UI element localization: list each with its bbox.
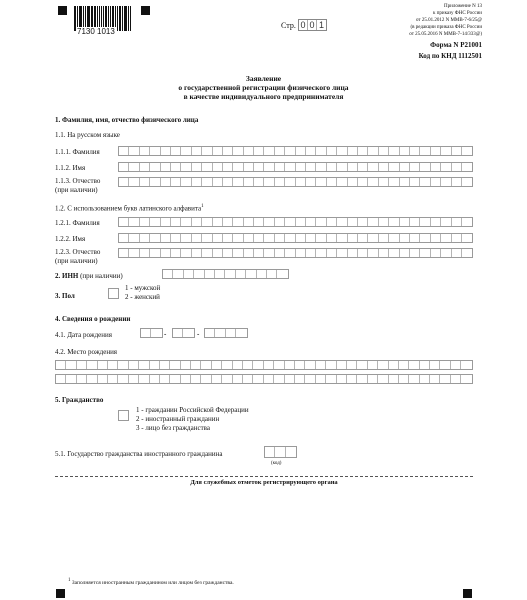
char-cell[interactable] [141, 329, 151, 337]
char-cell[interactable] [306, 218, 316, 226]
char-cell[interactable] [254, 249, 264, 257]
char-cell[interactable] [277, 270, 287, 278]
char-cell[interactable] [202, 163, 212, 171]
char-cell[interactable] [358, 249, 368, 257]
char-cell[interactable] [118, 375, 128, 383]
char-cell[interactable] [233, 178, 243, 186]
char-cell[interactable] [140, 178, 150, 186]
char-cell[interactable] [118, 361, 128, 369]
char-cell[interactable] [389, 234, 399, 242]
patronymic-lat-field[interactable] [118, 248, 473, 258]
char-cell[interactable] [358, 178, 368, 186]
char-cell[interactable] [253, 361, 263, 369]
char-cell[interactable] [285, 147, 295, 155]
char-cell[interactable] [246, 270, 256, 278]
char-cell[interactable] [244, 249, 254, 257]
char-cell[interactable] [129, 249, 139, 257]
char-cell[interactable] [357, 375, 367, 383]
char-cell[interactable] [66, 361, 76, 369]
char-cell[interactable] [410, 234, 420, 242]
char-cell[interactable] [181, 375, 191, 383]
char-cell[interactable] [264, 361, 274, 369]
char-cell[interactable] [181, 234, 191, 242]
char-cell[interactable] [170, 361, 180, 369]
char-cell[interactable] [306, 163, 316, 171]
char-cell[interactable] [129, 218, 139, 226]
char-cell[interactable] [368, 163, 378, 171]
char-cell[interactable] [368, 178, 378, 186]
char-cell[interactable] [461, 361, 471, 369]
char-cell[interactable] [431, 249, 441, 257]
char-cell[interactable] [326, 361, 336, 369]
char-cell[interactable] [129, 178, 139, 186]
char-cell[interactable] [119, 163, 129, 171]
char-cell[interactable] [173, 329, 183, 337]
char-cell[interactable] [215, 329, 225, 337]
char-cell[interactable] [140, 147, 150, 155]
char-cell[interactable] [181, 361, 191, 369]
char-cell[interactable] [161, 249, 171, 257]
char-cell[interactable] [368, 249, 378, 257]
char-cell[interactable] [171, 147, 181, 155]
char-cell[interactable] [264, 249, 274, 257]
char-cell[interactable] [305, 361, 315, 369]
char-cell[interactable] [150, 218, 160, 226]
char-cell[interactable] [389, 147, 399, 155]
char-cell[interactable] [348, 218, 358, 226]
char-cell[interactable] [400, 249, 410, 257]
char-cell[interactable] [119, 234, 129, 242]
char-cell[interactable] [150, 147, 160, 155]
char-cell[interactable] [274, 361, 284, 369]
char-cell[interactable] [215, 270, 225, 278]
char-cell[interactable] [440, 375, 450, 383]
char-cell[interactable] [264, 218, 274, 226]
char-cell[interactable] [212, 375, 222, 383]
char-cell[interactable] [379, 163, 389, 171]
char-cell[interactable] [244, 178, 254, 186]
char-cell[interactable] [213, 249, 223, 257]
char-cell[interactable] [316, 249, 326, 257]
char-cell[interactable] [337, 361, 347, 369]
char-cell[interactable] [267, 270, 277, 278]
char-cell[interactable] [347, 361, 357, 369]
char-cell[interactable] [305, 375, 315, 383]
char-cell[interactable] [368, 234, 378, 242]
char-cell[interactable] [205, 329, 215, 337]
char-cell[interactable] [140, 234, 150, 242]
char-cell[interactable] [150, 361, 160, 369]
char-cell[interactable] [452, 147, 462, 155]
char-cell[interactable] [253, 375, 263, 383]
char-cell[interactable] [410, 178, 420, 186]
char-cell[interactable] [265, 447, 275, 457]
char-cell[interactable] [108, 375, 118, 383]
char-cell[interactable] [316, 234, 326, 242]
char-cell[interactable] [233, 375, 243, 383]
char-cell[interactable] [409, 375, 419, 383]
char-cell[interactable] [295, 375, 305, 383]
char-cell[interactable] [389, 375, 399, 383]
char-cell[interactable] [233, 249, 243, 257]
char-cell[interactable] [462, 178, 472, 186]
char-cell[interactable] [233, 147, 243, 155]
char-cell[interactable] [202, 178, 212, 186]
char-cell[interactable] [285, 178, 295, 186]
char-cell[interactable] [348, 249, 358, 257]
char-cell[interactable] [327, 163, 337, 171]
char-cell[interactable] [98, 375, 108, 383]
char-cell[interactable] [129, 361, 139, 369]
char-cell[interactable] [223, 234, 233, 242]
gender-checkbox[interactable] [108, 288, 119, 299]
char-cell[interactable] [296, 234, 306, 242]
char-cell[interactable] [296, 147, 306, 155]
char-cell[interactable] [161, 178, 171, 186]
char-cell[interactable] [205, 270, 215, 278]
char-cell[interactable] [337, 147, 347, 155]
char-cell[interactable] [441, 163, 451, 171]
char-cell[interactable] [295, 361, 305, 369]
char-cell[interactable] [389, 178, 399, 186]
char-cell[interactable] [274, 375, 284, 383]
char-cell[interactable] [181, 249, 191, 257]
char-cell[interactable] [222, 375, 232, 383]
char-cell[interactable] [257, 270, 267, 278]
char-cell[interactable] [337, 249, 347, 257]
char-cell[interactable] [379, 147, 389, 155]
char-cell[interactable] [452, 249, 462, 257]
char-cell[interactable] [431, 163, 441, 171]
char-cell[interactable] [378, 361, 388, 369]
char-cell[interactable] [212, 361, 222, 369]
char-cell[interactable] [171, 163, 181, 171]
char-cell[interactable] [129, 147, 139, 155]
char-cell[interactable] [192, 147, 202, 155]
char-cell[interactable] [296, 163, 306, 171]
char-cell[interactable] [368, 375, 378, 383]
char-cell[interactable] [285, 249, 295, 257]
char-cell[interactable] [181, 178, 191, 186]
char-cell[interactable] [452, 218, 462, 226]
char-cell[interactable] [327, 234, 337, 242]
char-cell[interactable] [244, 163, 254, 171]
char-cell[interactable] [181, 163, 191, 171]
char-cell[interactable] [173, 270, 183, 278]
char-cell[interactable] [431, 218, 441, 226]
char-cell[interactable] [129, 163, 139, 171]
char-cell[interactable] [223, 249, 233, 257]
char-cell[interactable] [400, 218, 410, 226]
char-cell[interactable] [452, 163, 462, 171]
char-cell[interactable] [441, 147, 451, 155]
char-cell[interactable] [151, 329, 161, 337]
char-cell[interactable] [462, 249, 472, 257]
char-cell[interactable] [129, 234, 139, 242]
char-cell[interactable] [327, 218, 337, 226]
first-name-ru-field[interactable] [118, 162, 473, 172]
char-cell[interactable] [389, 163, 399, 171]
char-cell[interactable] [202, 249, 212, 257]
char-cell[interactable] [420, 361, 430, 369]
char-cell[interactable] [420, 147, 430, 155]
char-cell[interactable] [77, 361, 87, 369]
char-cell[interactable] [171, 218, 181, 226]
citizenship-checkbox[interactable] [118, 410, 129, 421]
char-cell[interactable] [337, 163, 347, 171]
char-cell[interactable] [410, 218, 420, 226]
char-cell[interactable] [87, 375, 97, 383]
char-cell[interactable] [431, 178, 441, 186]
char-cell[interactable] [202, 218, 212, 226]
char-cell[interactable] [225, 270, 235, 278]
char-cell[interactable] [254, 178, 264, 186]
char-cell[interactable] [213, 147, 223, 155]
char-cell[interactable] [160, 375, 170, 383]
patronymic-ru-field[interactable] [118, 177, 473, 187]
char-cell[interactable] [440, 361, 450, 369]
char-cell[interactable] [285, 361, 295, 369]
char-cell[interactable] [244, 147, 254, 155]
char-cell[interactable] [233, 163, 243, 171]
birth-year-field[interactable] [204, 328, 248, 338]
char-cell[interactable] [244, 218, 254, 226]
char-cell[interactable] [275, 218, 285, 226]
char-cell[interactable] [140, 218, 150, 226]
char-cell[interactable] [275, 249, 285, 257]
char-cell[interactable] [226, 329, 236, 337]
char-cell[interactable] [264, 178, 274, 186]
char-cell[interactable] [410, 163, 420, 171]
char-cell[interactable] [400, 234, 410, 242]
char-cell[interactable] [108, 361, 118, 369]
char-cell[interactable] [306, 178, 316, 186]
char-cell[interactable] [171, 178, 181, 186]
char-cell[interactable] [213, 163, 223, 171]
char-cell[interactable] [358, 234, 368, 242]
char-cell[interactable] [150, 163, 160, 171]
char-cell[interactable] [358, 163, 368, 171]
char-cell[interactable] [431, 234, 441, 242]
char-cell[interactable] [275, 163, 285, 171]
char-cell[interactable] [358, 147, 368, 155]
char-cell[interactable] [223, 218, 233, 226]
char-cell[interactable] [389, 249, 399, 257]
char-cell[interactable] [441, 178, 451, 186]
char-cell[interactable] [161, 163, 171, 171]
char-cell[interactable] [223, 178, 233, 186]
char-cell[interactable] [337, 234, 347, 242]
birth-day-field[interactable] [140, 328, 163, 338]
char-cell[interactable] [379, 178, 389, 186]
char-cell[interactable] [420, 218, 430, 226]
char-cell[interactable] [316, 163, 326, 171]
char-cell[interactable] [441, 249, 451, 257]
char-cell[interactable] [399, 375, 409, 383]
char-cell[interactable] [254, 218, 264, 226]
char-cell[interactable] [461, 375, 471, 383]
char-cell[interactable] [236, 329, 246, 337]
char-cell[interactable] [236, 270, 246, 278]
char-cell[interactable] [150, 234, 160, 242]
birth-place-field-row[interactable] [55, 374, 473, 384]
char-cell[interactable] [264, 163, 274, 171]
char-cell[interactable] [201, 375, 211, 383]
char-cell[interactable] [452, 178, 462, 186]
char-cell[interactable] [285, 218, 295, 226]
char-cell[interactable] [357, 361, 367, 369]
char-cell[interactable] [150, 375, 160, 383]
char-cell[interactable] [316, 178, 326, 186]
char-cell[interactable] [441, 234, 451, 242]
char-cell[interactable] [140, 163, 150, 171]
char-cell[interactable] [275, 447, 285, 457]
char-cell[interactable] [202, 234, 212, 242]
char-cell[interactable] [337, 218, 347, 226]
char-cell[interactable] [254, 147, 264, 155]
char-cell[interactable] [119, 218, 129, 226]
char-cell[interactable] [191, 375, 201, 383]
char-cell[interactable] [192, 178, 202, 186]
char-cell[interactable] [119, 147, 129, 155]
char-cell[interactable] [348, 178, 358, 186]
char-cell[interactable] [327, 147, 337, 155]
char-cell[interactable] [192, 249, 202, 257]
first-name-lat-field[interactable] [118, 233, 473, 243]
char-cell[interactable] [368, 218, 378, 226]
char-cell[interactable] [462, 234, 472, 242]
char-cell[interactable] [233, 234, 243, 242]
char-cell[interactable] [129, 375, 139, 383]
char-cell[interactable] [462, 147, 472, 155]
char-cell[interactable] [296, 178, 306, 186]
last-name-ru-field[interactable] [118, 146, 473, 156]
char-cell[interactable] [400, 147, 410, 155]
char-cell[interactable] [337, 178, 347, 186]
char-cell[interactable] [316, 375, 326, 383]
char-cell[interactable] [348, 163, 358, 171]
char-cell[interactable] [420, 163, 430, 171]
birth-month-field[interactable] [172, 328, 195, 338]
char-cell[interactable] [368, 147, 378, 155]
char-cell[interactable] [233, 361, 243, 369]
char-cell[interactable] [170, 375, 180, 383]
char-cell[interactable] [285, 163, 295, 171]
char-cell[interactable] [378, 375, 388, 383]
char-cell[interactable] [306, 249, 316, 257]
char-cell[interactable] [202, 147, 212, 155]
char-cell[interactable] [161, 218, 171, 226]
char-cell[interactable] [348, 147, 358, 155]
char-cell[interactable] [409, 361, 419, 369]
char-cell[interactable] [171, 249, 181, 257]
char-cell[interactable] [400, 163, 410, 171]
char-cell[interactable] [183, 329, 193, 337]
char-cell[interactable] [192, 234, 202, 242]
char-cell[interactable] [192, 163, 202, 171]
char-cell[interactable] [462, 218, 472, 226]
char-cell[interactable] [368, 361, 378, 369]
char-cell[interactable] [192, 218, 202, 226]
char-cell[interactable] [326, 375, 336, 383]
char-cell[interactable] [264, 234, 274, 242]
char-cell[interactable] [223, 147, 233, 155]
char-cell[interactable] [244, 234, 254, 242]
char-cell[interactable] [327, 178, 337, 186]
char-cell[interactable] [233, 218, 243, 226]
char-cell[interactable] [254, 163, 264, 171]
char-cell[interactable] [264, 147, 274, 155]
char-cell[interactable] [327, 249, 337, 257]
char-cell[interactable] [451, 361, 461, 369]
char-cell[interactable] [431, 147, 441, 155]
char-cell[interactable] [194, 270, 204, 278]
char-cell[interactable] [56, 375, 66, 383]
char-cell[interactable] [399, 361, 409, 369]
char-cell[interactable] [87, 361, 97, 369]
char-cell[interactable] [223, 163, 233, 171]
char-cell[interactable] [410, 147, 420, 155]
char-cell[interactable] [161, 234, 171, 242]
char-cell[interactable] [222, 361, 232, 369]
char-cell[interactable] [243, 361, 253, 369]
char-cell[interactable] [316, 218, 326, 226]
char-cell[interactable] [150, 249, 160, 257]
char-cell[interactable] [420, 178, 430, 186]
char-cell[interactable] [275, 147, 285, 155]
char-cell[interactable] [358, 218, 368, 226]
char-cell[interactable] [420, 249, 430, 257]
char-cell[interactable] [264, 375, 274, 383]
char-cell[interactable] [420, 234, 430, 242]
char-cell[interactable] [296, 249, 306, 257]
char-cell[interactable] [161, 147, 171, 155]
char-cell[interactable] [451, 375, 461, 383]
char-cell[interactable] [348, 234, 358, 242]
char-cell[interactable] [181, 218, 191, 226]
char-cell[interactable] [400, 178, 410, 186]
char-cell[interactable] [213, 178, 223, 186]
char-cell[interactable] [119, 249, 129, 257]
char-cell[interactable] [430, 361, 440, 369]
char-cell[interactable] [347, 375, 357, 383]
char-cell[interactable] [337, 375, 347, 383]
char-cell[interactable] [462, 163, 472, 171]
char-cell[interactable] [171, 234, 181, 242]
char-cell[interactable] [420, 375, 430, 383]
char-cell[interactable] [77, 375, 87, 383]
char-cell[interactable] [66, 375, 76, 383]
char-cell[interactable] [441, 218, 451, 226]
char-cell[interactable] [163, 270, 173, 278]
char-cell[interactable] [286, 447, 296, 457]
char-cell[interactable] [140, 249, 150, 257]
char-cell[interactable] [452, 234, 462, 242]
char-cell[interactable] [306, 234, 316, 242]
char-cell[interactable] [410, 249, 420, 257]
char-cell[interactable] [139, 375, 149, 383]
char-cell[interactable] [213, 234, 223, 242]
char-cell[interactable] [191, 361, 201, 369]
char-cell[interactable] [389, 361, 399, 369]
char-cell[interactable] [275, 234, 285, 242]
char-cell[interactable] [213, 218, 223, 226]
char-cell[interactable] [243, 375, 253, 383]
char-cell[interactable] [119, 178, 129, 186]
char-cell[interactable] [181, 147, 191, 155]
inn-field[interactable] [162, 269, 289, 279]
char-cell[interactable] [139, 361, 149, 369]
